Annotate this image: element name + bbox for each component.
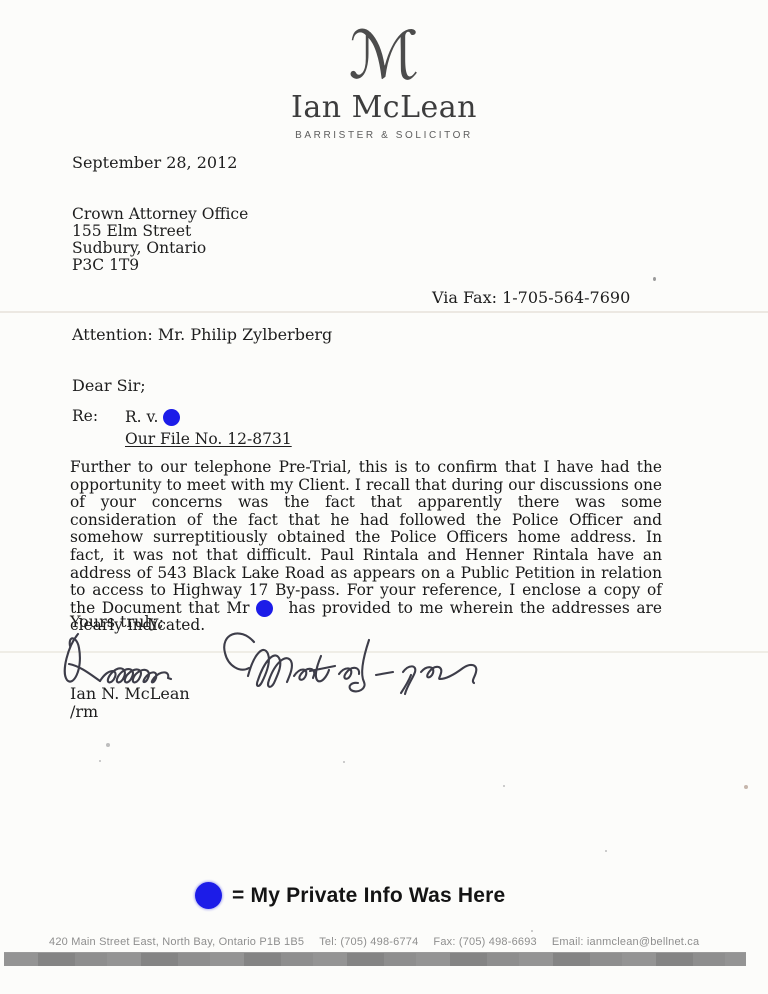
firm-monogram-logo: ℳ bbox=[0, 24, 768, 88]
re-block: Re: R. v. Our File No. 12-8731 bbox=[72, 407, 292, 448]
redaction-dot bbox=[163, 409, 180, 426]
footer-fax: Fax: (705) 498-6693 bbox=[433, 936, 536, 948]
attention-line: Attention: Mr. Philip Zylberberg bbox=[72, 325, 332, 344]
footer-tel: Tel: (705) 498-6774 bbox=[319, 936, 418, 948]
redaction-legend: = My Private Info Was Here bbox=[195, 882, 505, 909]
scan-speck bbox=[106, 743, 110, 747]
firm-subtitle: BARRISTER & SOLICITOR bbox=[0, 130, 768, 141]
scanner-edge-bar bbox=[4, 952, 746, 966]
firm-name: Ian McLean bbox=[0, 90, 768, 125]
scan-speck bbox=[653, 277, 656, 281]
body-text-before: Further to our telephone Pre-Trial, this… bbox=[70, 458, 662, 617]
recipient-line: Sudbury, Ontario bbox=[72, 240, 248, 257]
letter-date: September 28, 2012 bbox=[72, 153, 237, 172]
letter-body-paragraph: Further to our telephone Pre-Trial, this… bbox=[70, 459, 662, 635]
scanned-letter-page: ℳ Ian McLean BARRISTER & SOLICITOR Septe… bbox=[0, 0, 768, 994]
scan-speck bbox=[503, 785, 505, 787]
footer-email: Email: ianmclean@bellnet.ca bbox=[552, 936, 699, 948]
footer-contact-line: 420 Main Street East, North Bay, Ontario… bbox=[49, 936, 699, 948]
recipient-address-block: Crown Attorney Office 155 Elm Street Sud… bbox=[72, 206, 248, 274]
recipient-line: P3C 1T9 bbox=[72, 257, 248, 274]
re-case-text: R. v. bbox=[125, 408, 158, 426]
redaction-dot bbox=[256, 600, 273, 617]
scan-speck bbox=[343, 761, 345, 763]
legend-dot bbox=[195, 882, 222, 909]
letterhead: ℳ Ian McLean BARRISTER & SOLICITOR bbox=[0, 24, 768, 141]
re-file-number: Our File No. 12-8731 bbox=[125, 430, 292, 448]
recipient-line: 155 Elm Street bbox=[72, 223, 248, 240]
re-content: R. v. Our File No. 12-8731 bbox=[125, 407, 292, 448]
scan-speck bbox=[605, 850, 607, 852]
signer-initials: /rm bbox=[70, 702, 98, 721]
scan-speck bbox=[531, 930, 533, 932]
signer-name: Ian N. McLean bbox=[70, 684, 190, 703]
re-label: Re: bbox=[72, 407, 125, 448]
scan-crease bbox=[0, 311, 768, 313]
via-fax-line: Via Fax: 1-705-564-7690 bbox=[432, 288, 630, 307]
footer-address: 420 Main Street East, North Bay, Ontario… bbox=[49, 936, 304, 948]
legend-text: = My Private Info Was Here bbox=[232, 884, 505, 908]
re-case-line: R. v. bbox=[125, 407, 292, 426]
scan-speck bbox=[99, 760, 101, 762]
recipient-line: Crown Attorney Office bbox=[72, 206, 248, 223]
salutation: Dear Sir; bbox=[72, 376, 146, 395]
scan-speck bbox=[744, 785, 748, 789]
